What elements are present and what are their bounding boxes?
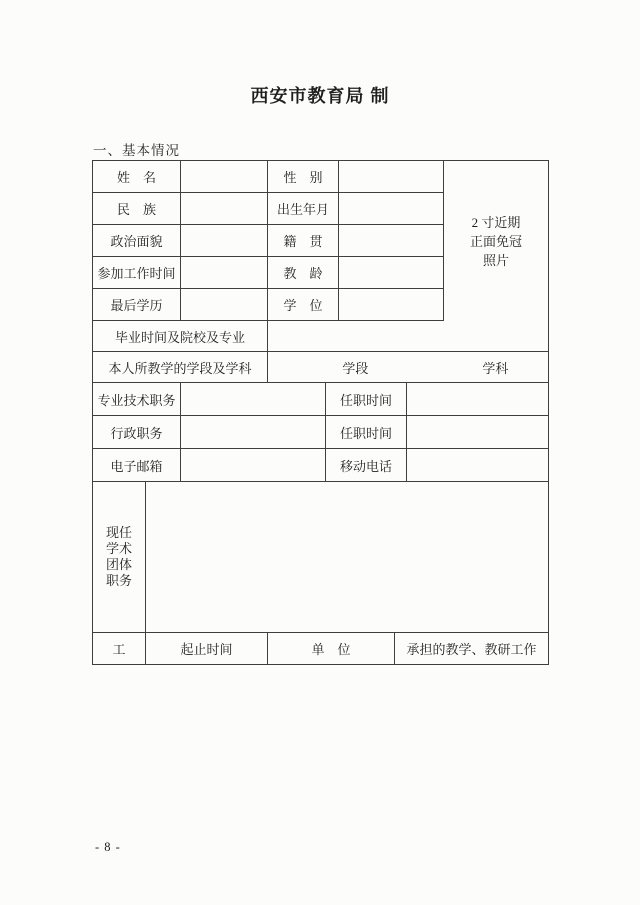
mobile-phone-label: 移动电话 [326, 449, 407, 481]
birth-date-label: 出生年月 [268, 193, 339, 225]
photo-placeholder-cell: 2 寸近期 正面免冠 照片 [444, 161, 548, 321]
appointment-time-value-cell [407, 383, 548, 415]
duties-header: 承担的教学、教研工作 [395, 633, 548, 664]
basic-info-table: 2 寸近期 正面免冠 照片 姓 名 性 别 民 族 出生年月 政治面貌 籍 贯 … [92, 160, 549, 665]
society-post-label: 现任 学术 团体 职务 [93, 482, 146, 632]
photo-note-line: 正面免冠 [470, 232, 522, 251]
document-title: 西安市教育局 制 [0, 82, 640, 108]
degree-value-cell [339, 289, 444, 321]
page-number: - 8 - [95, 840, 121, 855]
appointment-time-value-cell [407, 416, 548, 448]
teaching-age-label: 教 龄 [268, 257, 339, 289]
ethnicity-label: 民 族 [93, 193, 181, 225]
photo-note-line: 2 寸近期 [472, 213, 521, 232]
society-post-label-line: 现任 [106, 525, 132, 541]
last-education-label: 最后学历 [93, 289, 181, 321]
admin-post-row: 行政职务 任职时间 [93, 416, 548, 449]
gender-label: 性 别 [268, 161, 339, 193]
society-post-label-line: 职务 [106, 573, 132, 589]
photo-note-line: 照片 [483, 251, 509, 270]
name-label: 姓 名 [93, 161, 181, 193]
native-place-label: 籍 贯 [268, 225, 339, 257]
graduation-label: 毕业时间及院校及专业 [93, 321, 268, 351]
birth-date-value-cell [339, 193, 444, 225]
basic-fields-section: 2 寸近期 正面免冠 照片 姓 名 性 别 民 族 出生年月 政治面貌 籍 贯 … [93, 161, 548, 321]
stage-label: 学段 [268, 352, 443, 382]
work-history-header-row: 工 起止时间 单 位 承担的教学、教研工作 [93, 633, 548, 664]
admin-post-label: 行政职务 [93, 416, 181, 448]
work-start-time-label: 参加工作时间 [93, 257, 181, 289]
graduation-value-cell [268, 321, 548, 351]
professional-title-value-cell [181, 383, 326, 415]
teaching-section-label: 本人所教学的学段及学科 [93, 352, 268, 382]
email-value-cell [181, 449, 326, 481]
teaching-row: 本人所教学的学段及学科 学段 学科 [93, 352, 548, 383]
unit-header: 单 位 [268, 633, 395, 664]
degree-label: 学 位 [268, 289, 339, 321]
section-heading-basic-info: 一、基本情况 [93, 139, 180, 159]
teaching-value-cell: 学段 学科 [268, 352, 548, 382]
contact-row: 电子邮箱 移动电话 [93, 449, 548, 482]
political-status-label: 政治面貌 [93, 225, 181, 257]
professional-title-label: 专业技术职务 [93, 383, 181, 415]
society-post-label-line: 学术 [106, 541, 132, 557]
subject-label: 学科 [443, 352, 548, 382]
professional-title-row: 专业技术职务 任职时间 [93, 383, 548, 416]
period-header: 起止时间 [146, 633, 268, 664]
teaching-age-value-cell [339, 257, 444, 289]
work-start-time-value-cell [181, 257, 268, 289]
society-post-row: 现任 学术 团体 职务 [93, 482, 548, 633]
gender-value-cell [339, 161, 444, 193]
email-label: 电子邮箱 [93, 449, 181, 481]
political-status-value-cell [181, 225, 268, 257]
admin-post-value-cell [181, 416, 326, 448]
appointment-time-label: 任职时间 [326, 416, 407, 448]
mobile-phone-value-cell [407, 449, 548, 481]
work-column-label: 工 [93, 633, 146, 664]
society-post-label-line: 团体 [106, 557, 132, 573]
last-education-value-cell [181, 289, 268, 321]
appointment-time-label: 任职时间 [326, 383, 407, 415]
name-value-cell [181, 161, 268, 193]
document-page: 西安市教育局 制 一、基本情况 2 寸近期 正面免冠 照片 姓 名 性 别 民 … [0, 0, 640, 905]
society-post-value-cell [146, 482, 548, 632]
native-place-value-cell [339, 225, 444, 257]
ethnicity-value-cell [181, 193, 268, 225]
graduation-row: 毕业时间及院校及专业 [93, 321, 548, 352]
